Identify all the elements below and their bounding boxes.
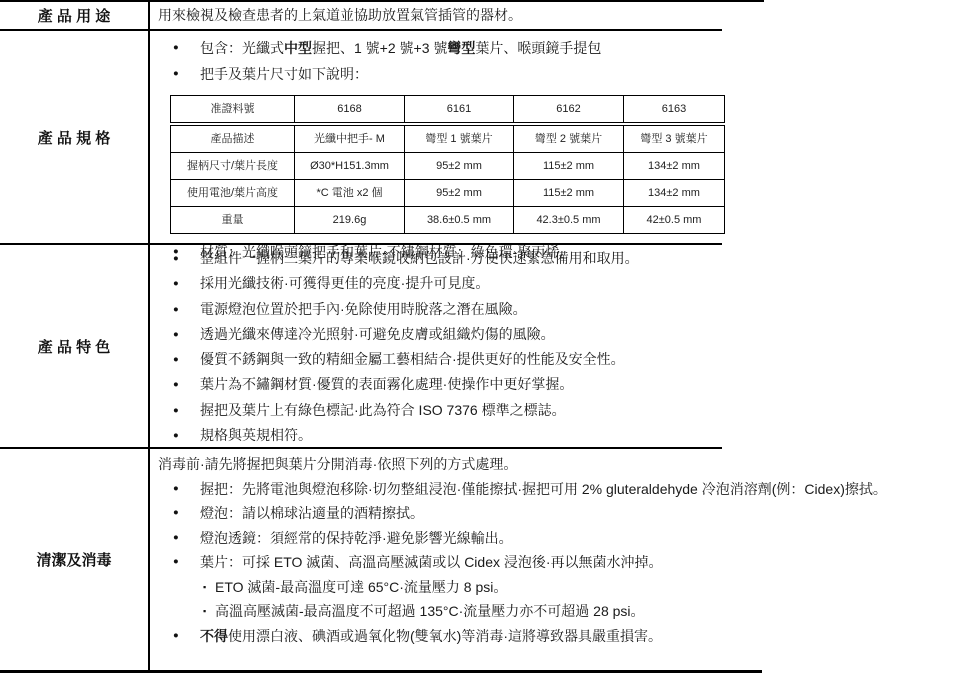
cleaning-blade-text: 葉片：可採 ETO 滅菌、高溫高壓滅菌或以 Cidex 浸泡後·再以無菌水沖掉。 [200, 550, 663, 575]
bullet-icon: ● [158, 347, 200, 372]
feature-text: 採用光纖技術·可獲得更佳的亮度·提升可見度。 [200, 271, 489, 296]
specs-dimensions-intro: 把手及葉片尺寸如下說明： [200, 61, 368, 87]
section-cleaning: 清潔及消毒 消毒前·請先將握把與葉片分開消毒·依照下列的方式處理。 ●握把：先將… [0, 449, 963, 670]
cleaning-intro-text: 消毒前·請先將握把與葉片分開消毒·依照下列的方式處理。 [158, 452, 517, 477]
list-item: ●整組件一握柄三葉片的專業喉鏡收納包設計·方便快速緊急備用和取用。 [158, 246, 963, 271]
section-label-specs: 產 品 規 格 [0, 31, 148, 243]
table-cell: *C 電池 x2 個 [295, 180, 405, 207]
table-cell: 光纖中把手- M [295, 124, 405, 153]
table-cell: 重量 [171, 207, 295, 234]
include-mid: 握把、1 號+2 號+3 號 [312, 40, 447, 56]
table-cell: 115±2 mm [514, 180, 624, 207]
feature-text: 葉片為不鏽鋼材質·優質的表面霧化處理·使操作中更好掌握。 [200, 372, 573, 397]
warning-bold: 不得 [200, 628, 228, 644]
table-cell: 彎型 1 號葉片 [405, 124, 514, 153]
bullet-icon: ● [158, 550, 200, 575]
include-bold-curved: 彎型 [447, 40, 475, 56]
list-item: ●葉片為不鏽鋼材質·優質的表面霧化處理·使操作中更好掌握。 [158, 372, 963, 397]
table-cell: 6163 [624, 96, 725, 125]
product-spec-document: 產 品 用 途 用來檢視及檢查患者的上氣道並協助放置氣管插管的器材。 產 品 規… [0, 0, 963, 674]
list-item: ●握把：先將電池與燈泡移除·切勿整組浸泡·僅能擦拭·握把可用 2% gluter… [158, 477, 963, 502]
include-post: 葉片、喉頭鏡手提包 [475, 40, 601, 56]
sub-bullet-icon: ▪ [158, 575, 215, 600]
feature-text: 電源燈泡位置於把手內·免除使用時脫落之潛在風險。 [200, 297, 527, 322]
cleaning-handle-text: 握把：先將電池與燈泡移除·切勿整組浸泡·僅能擦拭·握把可用 2% glutera… [200, 477, 887, 502]
list-item-sub: ▪ETO 滅菌-最高溫度可達 65°C·流量壓力 8 psi。 [158, 575, 963, 600]
table-cell: 42±0.5 mm [624, 207, 725, 234]
table-cell: Ø30*H151.3mm [295, 153, 405, 180]
table-cell: 6162 [514, 96, 624, 125]
feature-text: 規格與英規相符。 [200, 423, 312, 448]
section-specs: 產 品 規 格 ● 包含：光纖式中型握把、1 號+2 號+3 號彎型葉片、喉頭鏡… [0, 31, 963, 243]
list-item: ● 包含：光纖式中型握把、1 號+2 號+3 號彎型葉片、喉頭鏡手提包 [158, 35, 963, 61]
feature-text: 優質不銹鋼與一致的精細金屬工藝相結合·提供更好的性能及安全性。 [200, 347, 625, 372]
spec-table: 准證料號 6168 6161 6162 6163 產品描述 光纖中把手- M 彎… [170, 95, 725, 234]
table-cell: 6161 [405, 96, 514, 125]
section-usage: 產 品 用 途 用來檢視及檢查患者的上氣道並協助放置氣管插管的器材。 [0, 2, 963, 29]
warning-rest: 使用漂白液、碘酒或過氧化物(雙氧水)等消毒·這將導致器具嚴重損害。 [228, 628, 662, 644]
specs-include-text: 包含：光纖式中型握把、1 號+2 號+3 號彎型葉片、喉頭鏡手提包 [200, 35, 601, 61]
list-item: ●葉片：可採 ETO 滅菌、高溫高壓滅菌或以 Cidex 浸泡後·再以無菌水沖掉… [158, 550, 963, 575]
include-pre: 包含：光纖式 [200, 40, 284, 56]
table-cell: 產品描述 [171, 124, 295, 153]
feature-text: 整組件一握柄三葉片的專業喉鏡收納包設計·方便快速緊急備用和取用。 [200, 246, 639, 271]
cleaning-warning-text: 不得使用漂白液、碘酒或過氧化物(雙氧水)等消毒·這將導致器具嚴重損害。 [200, 624, 662, 649]
bullet-icon: ● [158, 624, 200, 649]
list-item: ●燈泡：請以棉球沾適量的酒精擦拭。 [158, 501, 963, 526]
cleaning-intro: 消毒前·請先將握把與葉片分開消毒·依照下列的方式處理。 [158, 452, 963, 477]
usage-text: 用來檢視及檢查患者的上氣道並協助放置氣管插管的器材。 [148, 2, 963, 29]
bullet-icon: ● [158, 61, 200, 87]
table-row: 重量 219.6g 38.6±0.5 mm 42.3±0.5 mm 42±0.5… [171, 207, 725, 234]
table-cell: 134±2 mm [624, 180, 725, 207]
bullet-icon: ● [158, 501, 200, 526]
bullet-icon: ● [158, 526, 200, 551]
table-cell: 95±2 mm [405, 180, 514, 207]
bullet-icon: ● [158, 398, 200, 423]
table-cell: 38.6±0.5 mm [405, 207, 514, 234]
table-cell: 握柄尺寸/葉片長度 [171, 153, 295, 180]
list-item: ●優質不銹鋼與一致的精細金屬工藝相結合·提供更好的性能及安全性。 [158, 347, 963, 372]
list-item: ●採用光纖技術·可獲得更佳的亮度·提升可見度。 [158, 271, 963, 296]
list-item-sub: ▪高溫高壓滅菌-最高溫度不可超過 135°C·流量壓力亦不可超過 28 psi。 [158, 599, 963, 624]
feature-text: 握把及葉片上有綠色標記·此為符合 ISO 7376 標準之標誌。 [200, 398, 566, 423]
table-cell: 95±2 mm [405, 153, 514, 180]
cleaning-eto-text: ETO 滅菌-最高溫度可達 65°C·流量壓力 8 psi。 [215, 575, 507, 600]
table-row: 准證料號 6168 6161 6162 6163 [171, 96, 725, 125]
table-cell: 134±2 mm [624, 153, 725, 180]
table-row: 使用電池/葉片高度 *C 電池 x2 個 95±2 mm 115±2 mm 13… [171, 180, 725, 207]
table-cell: 彎型 2 號葉片 [514, 124, 624, 153]
bullet-icon: ● [158, 372, 200, 397]
include-bold-mid-type: 中型 [284, 40, 312, 56]
list-item: ●燈泡透鏡：須經常的保持乾淨·避免影響光線輸出。 [158, 526, 963, 551]
specs-content: ● 包含：光纖式中型握把、1 號+2 號+3 號彎型葉片、喉頭鏡手提包 ● 把手… [148, 31, 963, 243]
section-label-usage: 產 品 用 途 [0, 2, 148, 29]
bullet-icon: ● [158, 477, 200, 502]
cleaning-content: 消毒前·請先將握把與葉片分開消毒·依照下列的方式處理。 ●握把：先將電池與燈泡移… [148, 449, 963, 670]
bullet-icon: ● [158, 297, 200, 322]
table-row: 握柄尺寸/葉片長度 Ø30*H151.3mm 95±2 mm 115±2 mm … [171, 153, 725, 180]
bullet-icon: ● [158, 423, 200, 448]
bullet-icon: ● [158, 322, 200, 347]
bottom-border-line [0, 670, 762, 673]
table-cell: 219.6g [295, 207, 405, 234]
list-item: ●握把及葉片上有綠色標記·此為符合 ISO 7376 標準之標誌。 [158, 398, 963, 423]
table-cell: 42.3±0.5 mm [514, 207, 624, 234]
list-item: ●規格與英規相符。 [158, 423, 963, 448]
list-item: ●不得使用漂白液、碘酒或過氧化物(雙氧水)等消毒·這將導致器具嚴重損害。 [158, 624, 963, 649]
list-item: ●電源燈泡位置於把手內·免除使用時脫落之潛在風險。 [158, 297, 963, 322]
table-cell: 使用電池/葉片高度 [171, 180, 295, 207]
bullet-icon: ● [158, 35, 200, 61]
list-item: ●透過光纖來傳達冷光照射·可避免皮膚或組織灼傷的風險。 [158, 322, 963, 347]
table-cell: 准證料號 [171, 96, 295, 125]
table-cell: 115±2 mm [514, 153, 624, 180]
feature-text: 透過光纖來傳達冷光照射·可避免皮膚或組織灼傷的風險。 [200, 322, 555, 347]
cleaning-autoclave-text: 高溫高壓滅菌-最高溫度不可超過 135°C·流量壓力亦不可超過 28 psi。 [215, 599, 645, 624]
cleaning-bulb-text: 燈泡：請以棉球沾適量的酒精擦拭。 [200, 501, 424, 526]
features-content: ●整組件一握柄三葉片的專業喉鏡收納包設計·方便快速緊急備用和取用。 ●採用光纖技… [148, 245, 963, 447]
table-cell: 6168 [295, 96, 405, 125]
section-label-cleaning: 清潔及消毒 [0, 449, 148, 670]
bullet-icon: ● [158, 246, 200, 271]
bullet-icon: ● [158, 271, 200, 296]
sub-bullet-icon: ▪ [158, 599, 215, 624]
section-label-features: 產 品 特 色 [0, 245, 148, 447]
cleaning-lens-text: 燈泡透鏡：須經常的保持乾淨·避免影響光線輸出。 [200, 526, 513, 551]
table-row: 產品描述 光纖中把手- M 彎型 1 號葉片 彎型 2 號葉片 彎型 3 號葉片 [171, 124, 725, 153]
list-item: ● 把手及葉片尺寸如下說明： [158, 61, 963, 87]
table-cell: 彎型 3 號葉片 [624, 124, 725, 153]
section-features: 產 品 特 色 ●整組件一握柄三葉片的專業喉鏡收納包設計·方便快速緊急備用和取用… [0, 245, 963, 447]
